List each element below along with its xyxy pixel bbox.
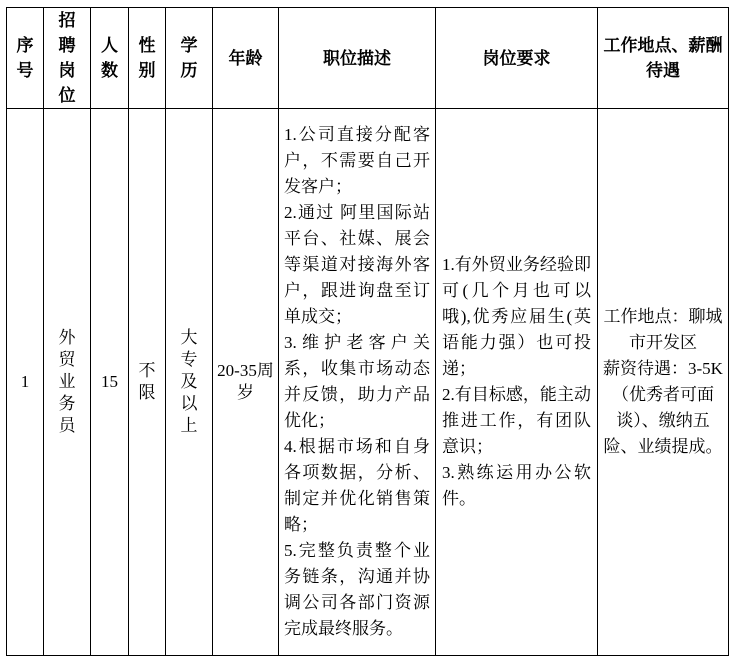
table-header-row: 序号 招聘岗位 人数 性别 学历 年龄 职位描述 岗位要求 工作地点、薪酬待遇 <box>7 8 729 109</box>
job-description-item: 3.维护老客户关系，收集市场动态并反馈，助力产品优化； <box>284 330 430 434</box>
header-age: 年龄 <box>213 8 279 109</box>
cell-education: 大专及以上 <box>166 109 213 656</box>
header-job-requirements-label: 岗位要求 <box>483 49 551 68</box>
serial-number-value: 1 <box>21 372 30 391</box>
education-value: 大专及以上 <box>180 327 198 437</box>
table-row: 1 外贸业务员 15 不限 大专及以上 20-35周岁 1.公司直接分配客户，不… <box>7 109 729 656</box>
job-requirement-item: 1.有外贸业务经验即可(几个月也可以哦),优秀应届生(英语能力强）也可投递； <box>442 252 591 382</box>
header-serial-number-label: 序号 <box>16 33 34 83</box>
header-job-description-label: 职位描述 <box>323 49 391 68</box>
cell-recruit-position: 外贸业务员 <box>44 109 91 656</box>
cell-job-requirements: 1.有外贸业务经验即可(几个月也可以哦),优秀应届生(英语能力强）也可投递； 2… <box>436 109 598 656</box>
header-recruit-position-label: 招聘岗位 <box>58 8 76 108</box>
cell-location-salary: 工作地点：聊城市开发区 薪资待遇：3-5K（优秀者可面谈）、缴纳五险、业绩提成。 <box>598 109 729 656</box>
header-serial-number: 序号 <box>7 8 44 109</box>
header-gender: 性别 <box>129 8 166 109</box>
recruit-position-value: 外贸业务员 <box>58 327 76 437</box>
header-job-requirements: 岗位要求 <box>436 8 598 109</box>
cell-serial-number: 1 <box>7 109 44 656</box>
header-location-salary: 工作地点、薪酬待遇 <box>598 8 729 109</box>
cell-headcount: 15 <box>91 109 129 656</box>
header-education: 学历 <box>166 8 213 109</box>
header-age-label: 年龄 <box>229 49 263 68</box>
header-headcount: 人数 <box>91 8 129 109</box>
header-recruit-position: 招聘岗位 <box>44 8 91 109</box>
gender-value: 不限 <box>138 360 156 404</box>
header-job-description: 职位描述 <box>279 8 436 109</box>
job-description-item: 1.公司直接分配客户，不需要自己开发客户； <box>284 122 430 200</box>
header-education-label: 学历 <box>180 33 198 83</box>
job-description-item: 4.根据市场和自身各项数据，分析、制定并优化销售策略； <box>284 434 430 538</box>
cell-job-description: 1.公司直接分配客户，不需要自己开发客户； 2.通过 阿里国际站平台、社媒、展会… <box>279 109 436 656</box>
cell-gender: 不限 <box>129 109 166 656</box>
page: { "colors": { "background": "#ffffff", "… <box>0 0 734 663</box>
job-requirement-item: 3.熟练运用办公软件。 <box>442 460 591 512</box>
cell-age: 20-35周岁 <box>213 109 279 656</box>
header-headcount-label: 人数 <box>101 33 119 83</box>
recruitment-table: 序号 招聘岗位 人数 性别 学历 年龄 职位描述 岗位要求 工作地点、薪酬待遇 … <box>6 7 729 656</box>
job-description-item: 5.完整负责整个业务链条，沟通并协调公司各部门资源完成最终服务。 <box>284 538 430 642</box>
work-location-line: 工作地点：聊城市开发区 <box>600 304 726 356</box>
job-requirement-item: 2.有目标感，能主动推进工作，有团队意识； <box>442 382 591 460</box>
job-description-item: 2.通过 阿里国际站平台、社媒、展会等渠道对接海外客户，跟进询盘至订单成交； <box>284 200 430 330</box>
header-gender-label: 性别 <box>138 33 156 83</box>
salary-line: 薪资待遇：3-5K（优秀者可面谈）、缴纳五险、业绩提成。 <box>600 356 726 460</box>
headcount-value: 15 <box>101 372 118 391</box>
age-value: 20-35周岁 <box>217 361 274 402</box>
header-location-salary-label: 工作地点、薪酬待遇 <box>604 36 723 80</box>
